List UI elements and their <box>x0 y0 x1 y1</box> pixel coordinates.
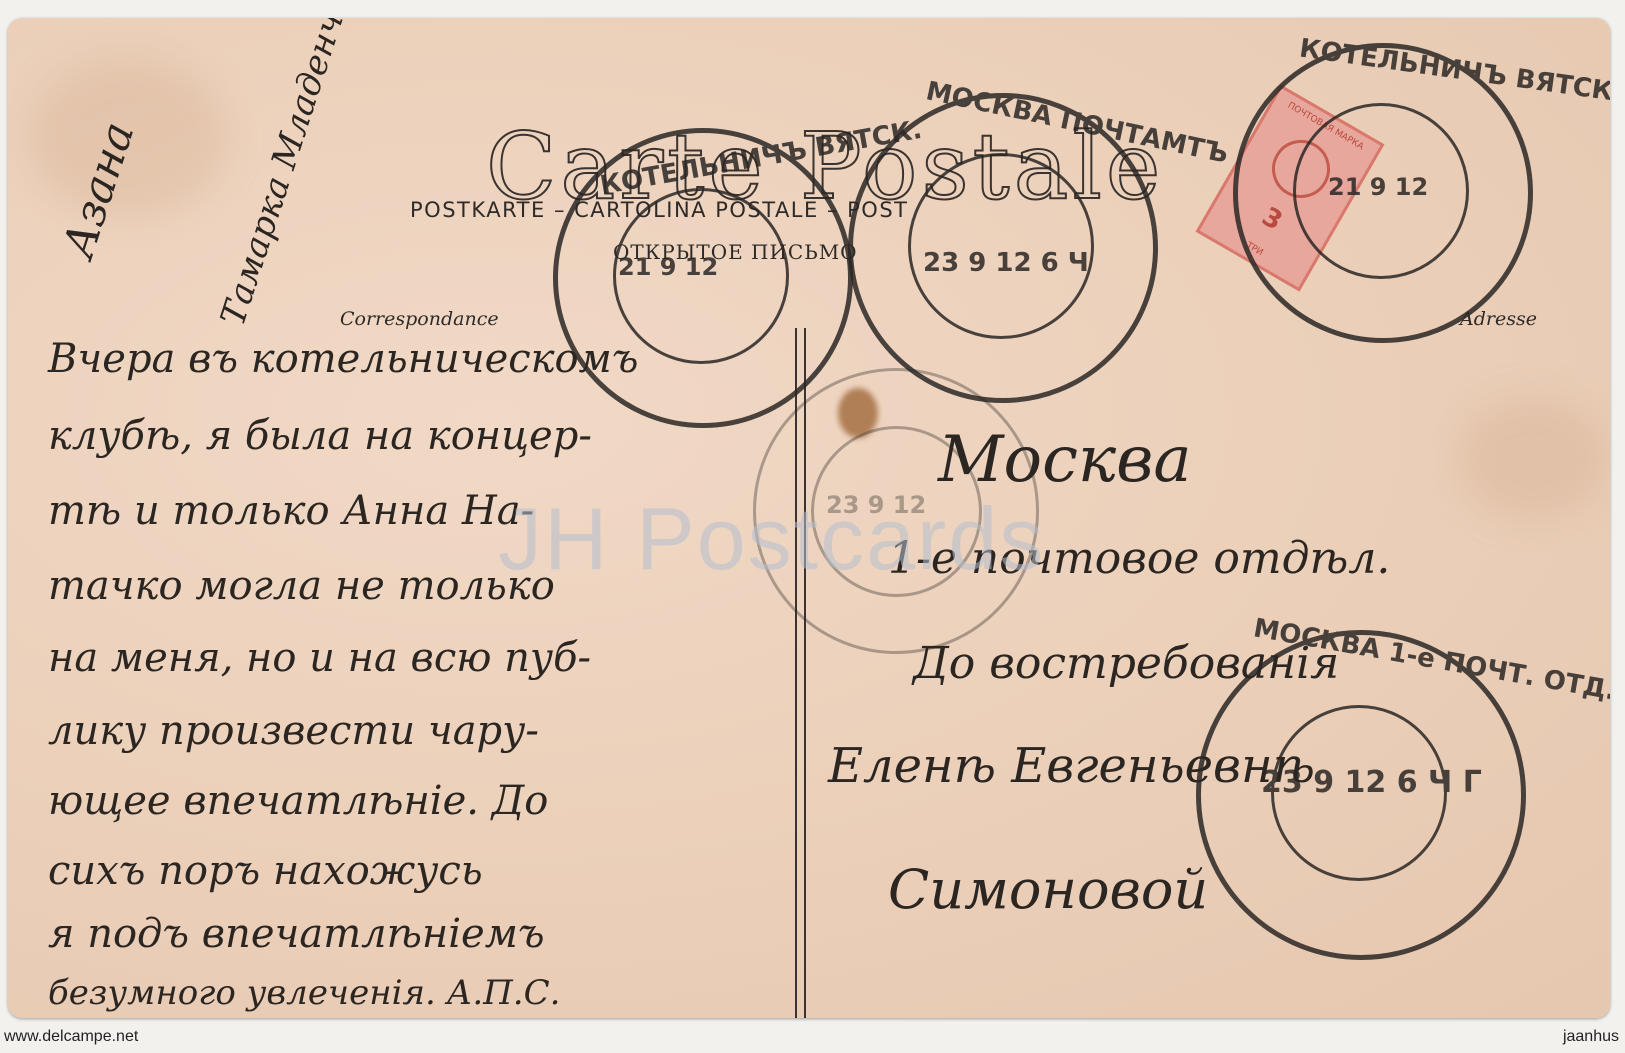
message-line: сихъ поръ нахожусь <box>48 848 483 894</box>
watermark: JH Postcards <box>498 488 1045 590</box>
message-line: тачко могла не только <box>48 563 555 609</box>
footer-seller: jaanhus <box>1563 1028 1619 1046</box>
postcard: Carte Postale POSTKARTE – CARTOLINA POST… <box>8 18 1610 1018</box>
age-stain <box>1458 398 1608 518</box>
message-line: клубѣ, я была на концер- <box>48 413 592 459</box>
postmark: КОТЕЛЬНИЧЪ ВЯТСК. 21 9 12 <box>1233 43 1533 343</box>
message-line: тѣ и только Анна На- <box>48 488 534 534</box>
message-line: безумного увлеченія. А.П.С. <box>48 973 560 1013</box>
margin-note: Тамарка Младенчикъ <box>213 18 372 330</box>
postmark: КОТЕЛЬНИЧЪ ВЯТСК. 21 9 12 <box>553 128 853 428</box>
message-line: на меня, но и на всю пуб- <box>48 635 591 681</box>
postmark: МОСКВА 1-е ПОЧТ. ОТД. 23 9 12 6 Ч Г <box>1196 630 1526 960</box>
correspondence-label: Correspondance <box>340 308 499 330</box>
message-line: ющее впечатлѣніе. До <box>48 778 548 824</box>
address-line: Симоновой <box>888 858 1208 921</box>
message-line: я подъ впечатлѣніемъ <box>48 911 545 957</box>
message-line: лику произвести чару- <box>48 708 539 754</box>
footer-source-link[interactable]: www.delcampe.net <box>4 1028 138 1046</box>
message-line: Вчера въ котельническомъ <box>48 336 638 382</box>
postmark: МОСКВА ПОЧТАМТЪ 23 9 12 6 Ч <box>848 93 1158 403</box>
